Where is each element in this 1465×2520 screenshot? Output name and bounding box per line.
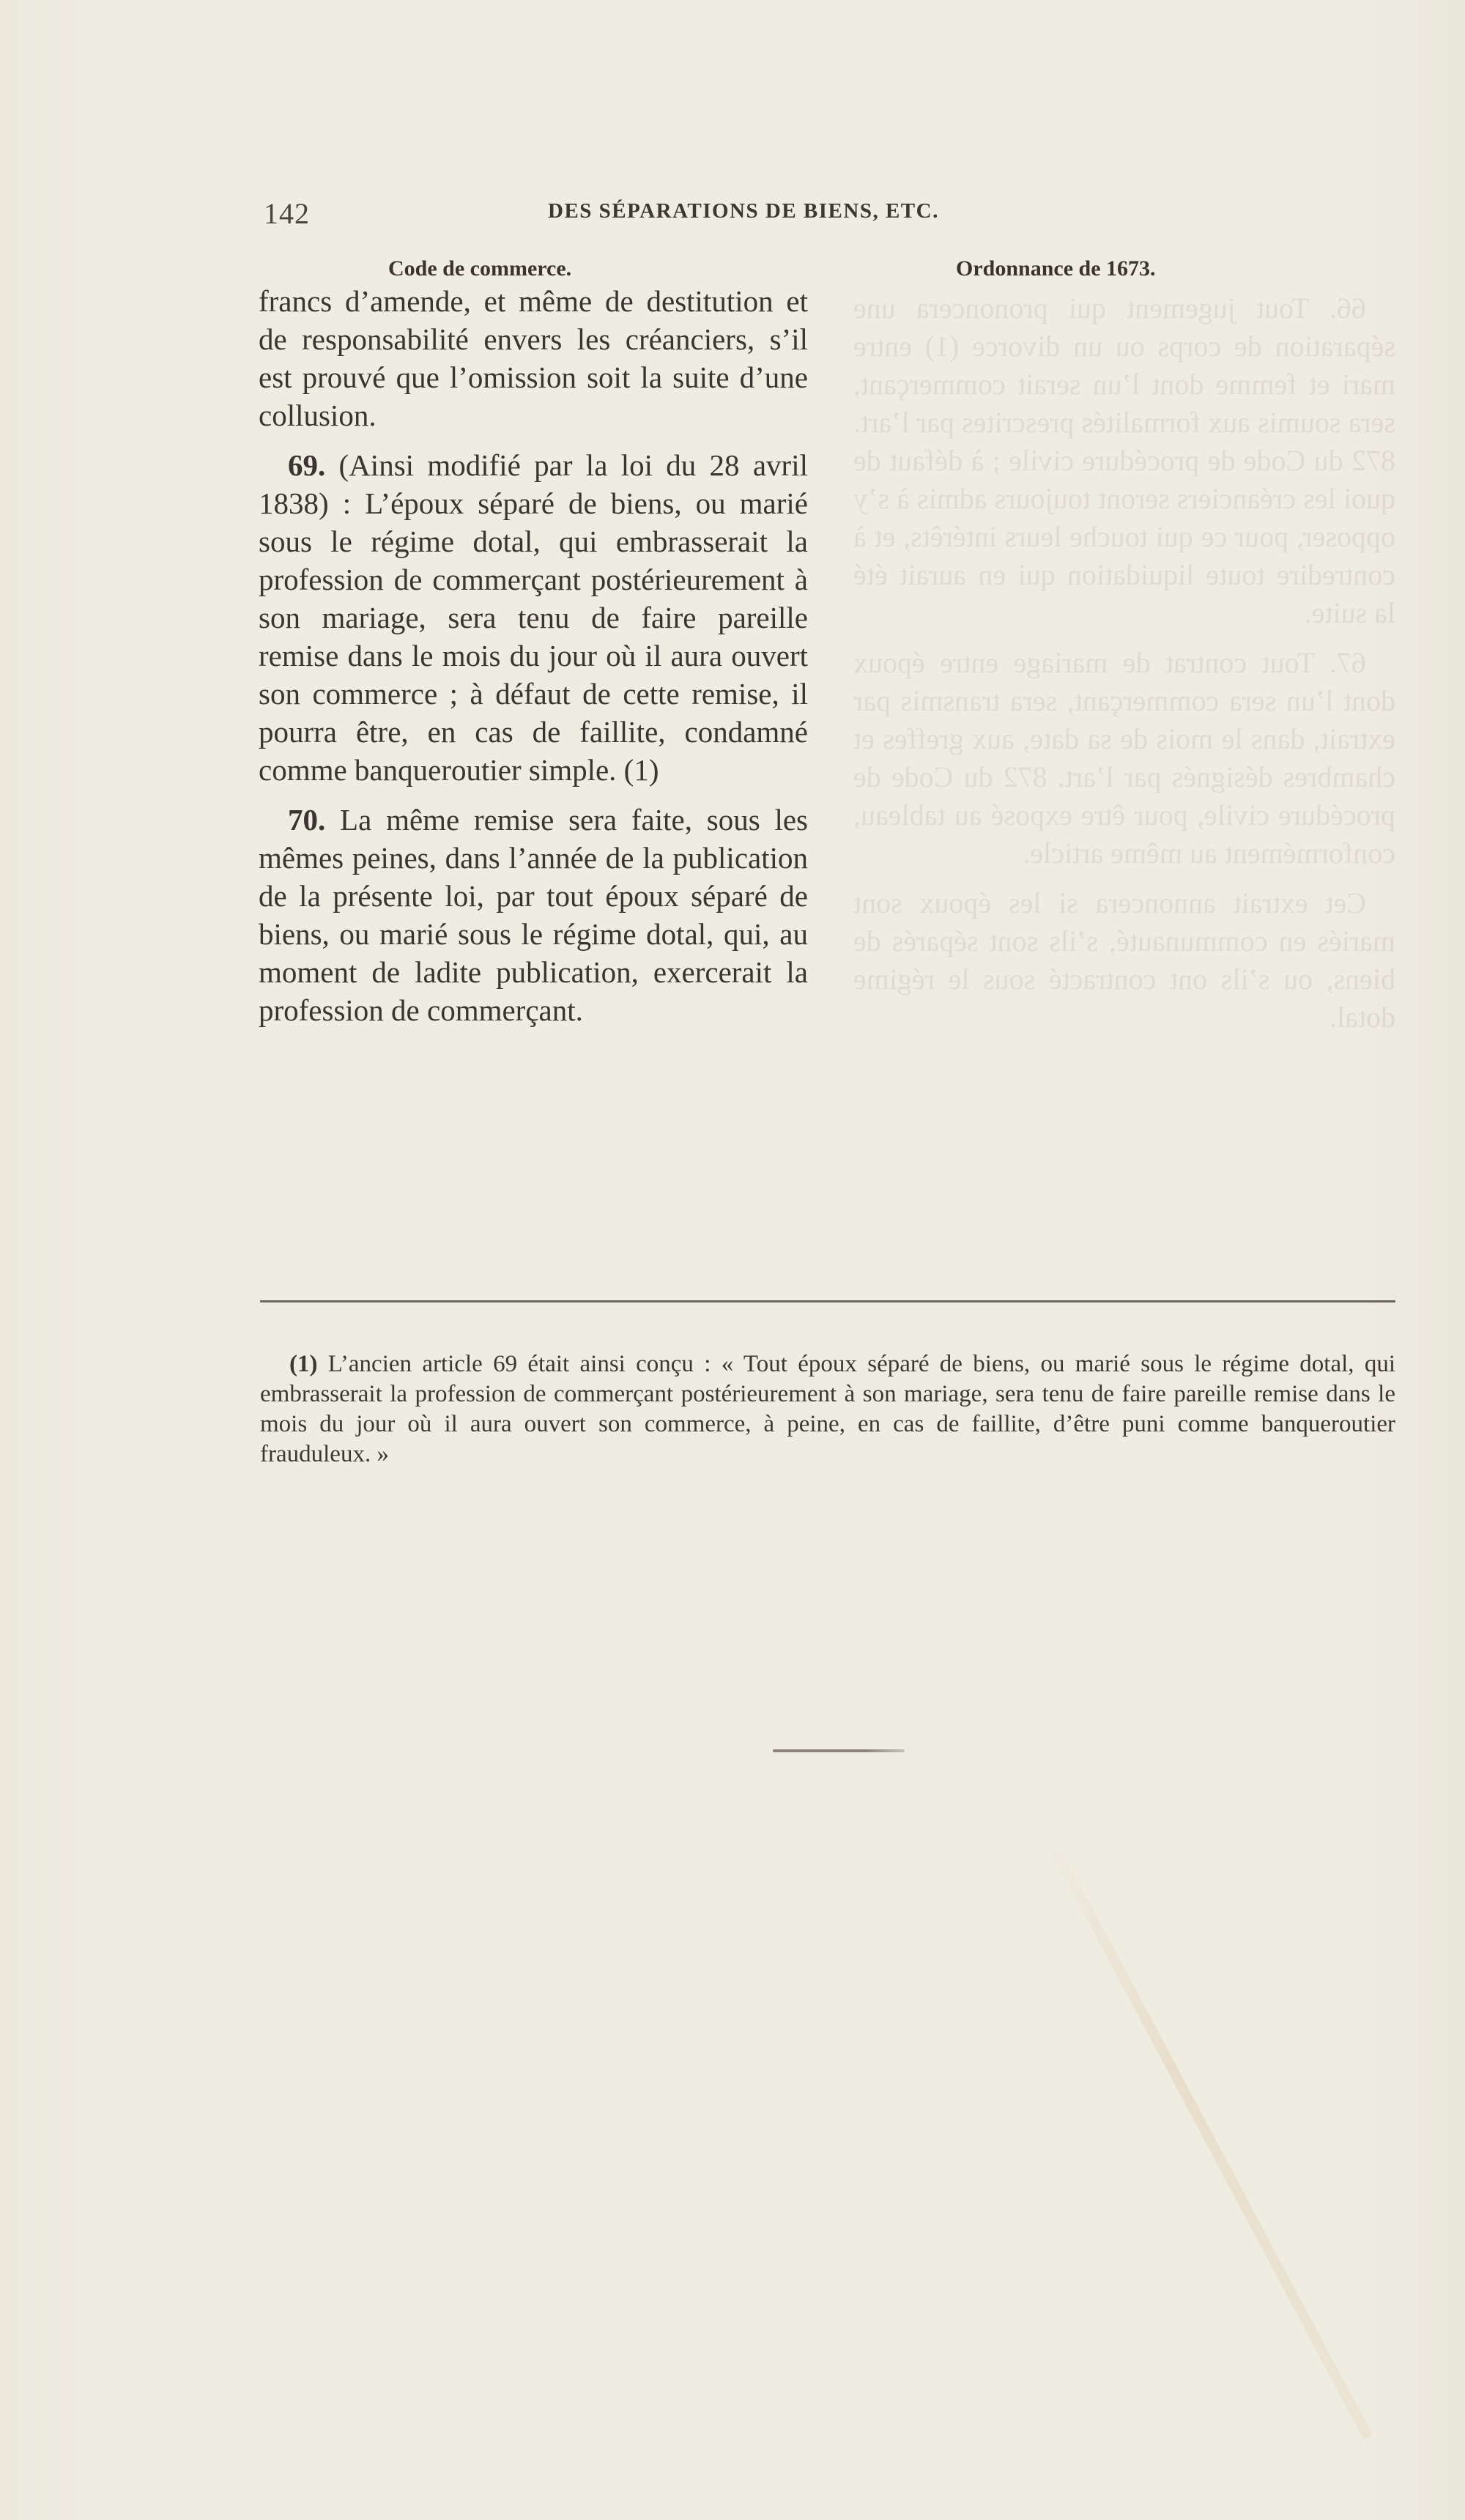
paragraph-text: La même remise sera faite, sous les même… [259,803,808,1027]
paragraph-continuation: francs d’amende, et même de destitution … [259,282,808,434]
footnote-marker: (1) [289,1351,317,1377]
footnote-1: (1) L’ancien article 69 était ainsi conç… [260,1349,1395,1470]
footnote-separator-rule [260,1300,1395,1302]
article-70: 70. La même remise sera faite, sous les … [259,801,808,1029]
page-number: 142 [264,196,310,231]
bleed-through-paragraph: 66. Tout jugement qui prononcera une sép… [853,289,1395,632]
column-heading-code-de-commerce: Code de commerce. [388,256,571,281]
paragraph-text: (Ainsi modifié par la loi du 28 avril 18… [259,448,808,787]
paragraph-text: francs d’amende, et même de destitution … [259,284,808,432]
article-number: 69. [288,448,325,482]
running-header: 142 DES SÉPARATIONS DE BIENS, ETC. [264,196,1113,229]
bleed-through-paragraph: 67. Tout contrat de mariage entre époux … [853,644,1395,872]
footnote-text: L’ancien article 69 était ainsi conçu : … [260,1351,1395,1467]
article-69: 69. (Ainsi modifié par la loi du 28 avri… [259,446,808,789]
paper-stain [1040,1826,1373,2439]
running-title: DES SÉPARATIONS DE BIENS, ETC. [548,199,939,223]
column-heading-ordonnance: Ordonnance de 1673. [956,256,1156,281]
tail-ornament [773,1749,905,1752]
bleed-through-paragraph: Cet extrait annoncera si les époux sont … [853,884,1395,1037]
bleed-through-text: 66. Tout jugement qui prononcera une sép… [853,289,1395,1048]
article-number: 70. [288,803,325,837]
main-text-column: francs d’amende, et même de destitution … [259,282,808,1041]
